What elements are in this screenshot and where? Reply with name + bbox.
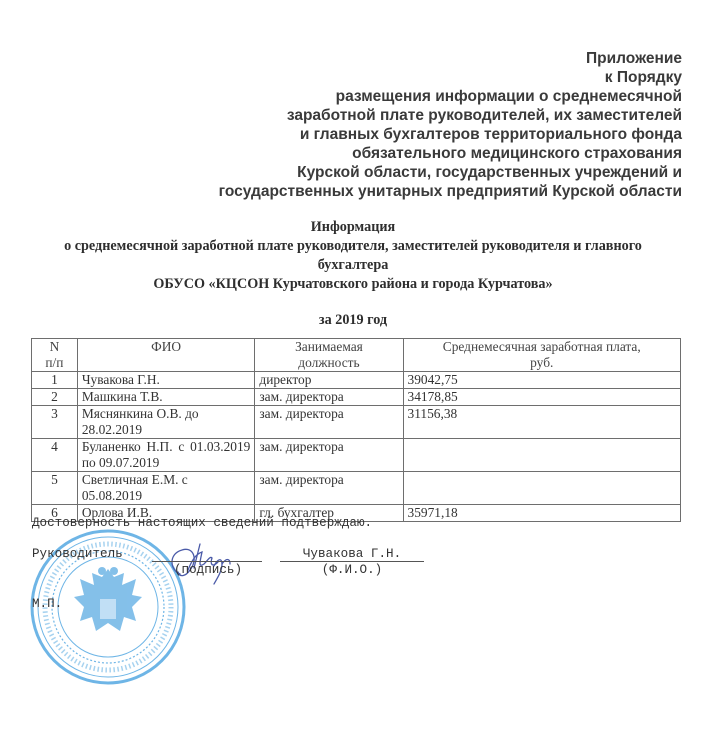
name-caption: (Ф.И.О.) [280,563,424,577]
cell-salary: 35971,18 [403,505,680,522]
appendix-line: Курской области, государственных учрежде… [202,163,682,182]
table-row: 5 Светличная Е.М. с 05.08.2019 зам. дире… [32,472,681,505]
cell-position: зам. директора [255,406,403,439]
header-num: N п/п [32,339,78,372]
name-line [280,561,424,562]
cell-num: 5 [32,472,78,505]
appendix-line: к Порядку [202,68,682,87]
header-salary: Среднемесячная заработная плата, руб. [403,339,680,372]
document-subtitle: о среднемесячной заработной плате руково… [0,237,706,256]
appendix-line: и главных бухгалтеров территориального ф… [202,125,682,144]
appendix-line: обязательного медицинского страхования [202,144,682,163]
cell-name: Буланенко Н.П. с 01.03.2019 по 09.07.201… [77,439,255,472]
signature-caption: (подпись) [160,563,256,577]
organization-name: ОБУСО «КЦСОН Курчатовского района и горо… [0,275,706,294]
cell-name: Светличная Е.М. с 05.08.2019 [77,472,255,505]
cell-salary [403,439,680,472]
cell-num: 2 [32,389,78,406]
table-row: 3 Мяснянкина О.В. до 28.02.2019 зам. дир… [32,406,681,439]
seal-place-label: М.П. [32,597,62,611]
signer-name: Чувакова Г.Н. [280,547,424,561]
signature-line [152,561,262,562]
cell-position: зам. директора [255,389,403,406]
confirmation-text: Достоверность настоящих сведений подтвер… [32,516,372,530]
appendix-line: размещения информации о среднемесячной [202,87,682,106]
salary-table: N п/п ФИО Занимаемая должность Среднемес… [31,338,681,522]
appendix-line: государственных унитарных предприятий Ку… [202,182,682,201]
appendix-line: заработной плате руководителей, их замес… [202,106,682,125]
document-title: Информация [0,218,706,237]
cell-num: 4 [32,439,78,472]
cell-num: 3 [32,406,78,439]
cell-salary: 31156,38 [403,406,680,439]
cell-position: директор [255,372,403,389]
document-title-block: Информация о среднемесячной заработной п… [0,218,706,330]
table-header-row: N п/п ФИО Занимаемая должность Среднемес… [32,339,681,372]
document-subtitle-cont: бухгалтера [0,256,706,275]
table-row: 2 Машкина Т.В. зам. директора 34178,85 [32,389,681,406]
header-position: Занимаемая должность [255,339,403,372]
appendix-header: Приложение к Порядку размещения информац… [202,49,682,201]
cell-name: Мяснянкина О.В. до 28.02.2019 [77,406,255,439]
cell-salary [403,472,680,505]
cell-salary: 39042,75 [403,372,680,389]
table-row: 4 Буланенко Н.П. с 01.03.2019 по 09.07.2… [32,439,681,472]
cell-position: зам. директора [255,472,403,505]
head-label: Руководитель [32,547,123,561]
appendix-line: Приложение [202,49,682,68]
cell-name: Чувакова Г.Н. [77,372,255,389]
cell-name: Машкина Т.В. [77,389,255,406]
report-period: за 2019 год [0,311,706,330]
cell-num: 1 [32,372,78,389]
cell-salary: 34178,85 [403,389,680,406]
header-name: ФИО [77,339,255,372]
table-row: 1 Чувакова Г.Н. директор 39042,75 [32,372,681,389]
cell-position: зам. директора [255,439,403,472]
